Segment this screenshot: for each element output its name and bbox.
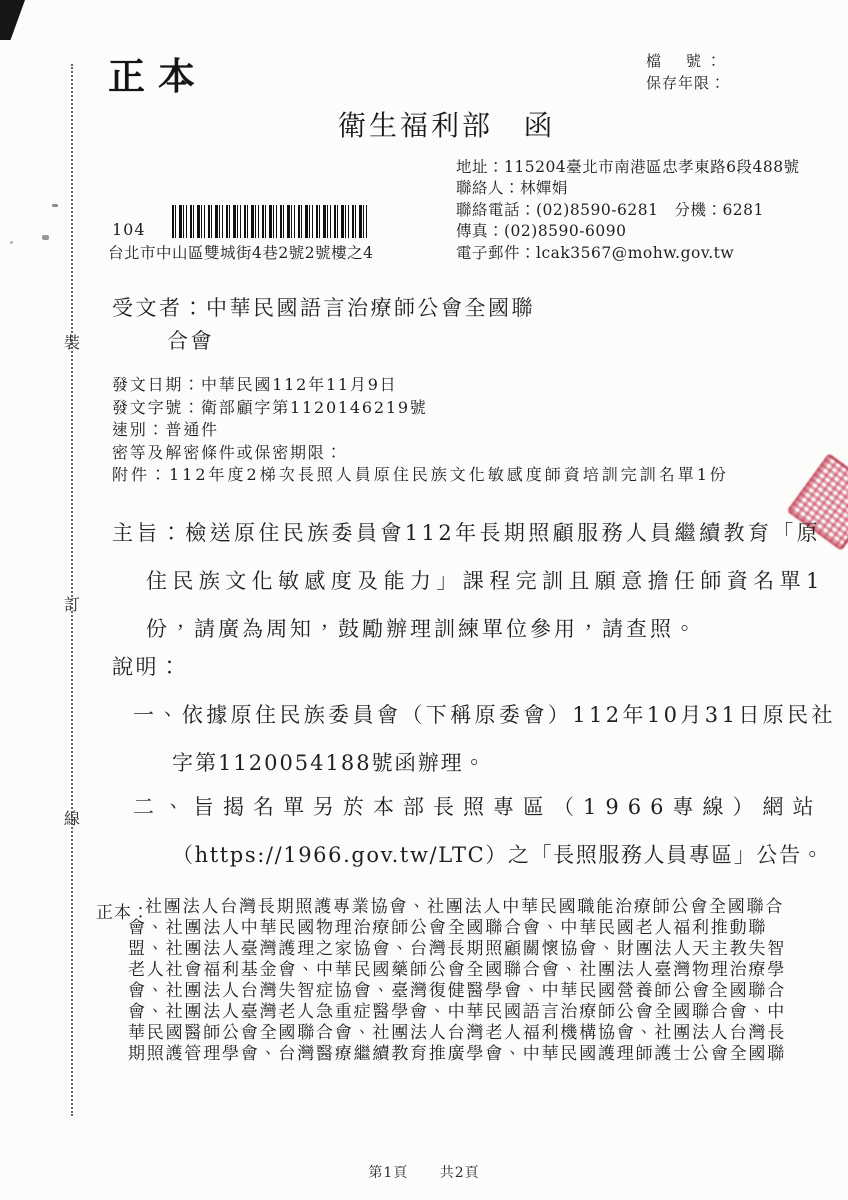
copy-type-label: 正本 xyxy=(108,46,208,100)
recipient-line-1: 受文者：中華民國語言治療師公會全國聯 xyxy=(112,292,535,322)
explanation-heading: 說明： xyxy=(112,651,183,681)
copies-line: 期照護管理學會、台灣醫療繼續教育推廣學會、中華民國護理師護士公會全國聯 xyxy=(128,1044,818,1065)
page-footer: 第1頁 共2頁 xyxy=(0,1162,848,1182)
issue-date: 發文日期：中華民國112年11月9日 xyxy=(112,374,729,397)
binding-guideline xyxy=(71,64,73,1116)
copies-line: 會、社團法人台灣失智症協會、臺灣復健醫學會、中華民國營養師公會全國聯合 xyxy=(128,981,818,1002)
ink-speck xyxy=(42,235,49,240)
explanation-item-1-line-2: 字第1120054188號函辦理。 xyxy=(172,747,487,777)
sender-phone: 聯絡電話：(02)8590-6281 分機：6281 xyxy=(456,200,800,221)
file-number-label: 檔 號： xyxy=(646,50,726,72)
binding-mark-xian: 線 xyxy=(56,806,88,829)
scanned-official-letter: 裝 訂 線 正本 檔 號： 保存年限： 衛生福利部 函 地址：115204臺北市… xyxy=(0,0,848,1200)
copies-line: 華民國醫師公會全國聯合會、社團法人台灣老人福利機構協會、社團法人台灣長 xyxy=(128,1023,818,1044)
mailing-barcode xyxy=(172,205,368,238)
subject-line-3: 份，請廣為周知，鼓勵辦理訓練單位參用，請查照。 xyxy=(146,613,698,643)
copies-line: 會、社團法人臺灣老人急重症醫學會、中華民國語言治療師公會全國聯合會、中 xyxy=(128,1002,818,1023)
copies-line: 社團法人台灣長期照護專業協會、社團法人中華民國職能治療師公會全國聯合 xyxy=(128,897,818,918)
retention-period-label: 保存年限： xyxy=(646,72,726,94)
security-classification: 密等及解密條件或保密期限： xyxy=(112,442,729,465)
explanation-item-2-line-2: （https://1966.gov.tw/LTC）之「長照服務人員專區」公告。 xyxy=(172,839,824,869)
footer-page-number: 第1頁 xyxy=(368,1165,408,1181)
postal-code: 104 xyxy=(112,220,146,239)
footer-total-pages: 共2頁 xyxy=(440,1165,480,1181)
sender-email: 電子郵件：lcak3567@mohw.gov.tw xyxy=(456,243,800,264)
ink-speck xyxy=(52,204,58,207)
mailing-address: 台北市中山區雙城街4巷2號2號樓之4 xyxy=(108,241,373,263)
sender-contact-block: 地址：115204臺北市南港區忠孝東路6段488號 聯絡人：林嬋娟 聯絡電話：(… xyxy=(456,157,800,264)
subject-line-1: 主旨：檢送原住民族委員會112年長期照顧服務人員繼續教育「原 xyxy=(112,517,821,547)
copies-line: 老人社會福利基金會、中華民國藥師公會全國聯合會、社團法人臺灣物理治療學 xyxy=(128,960,818,981)
document-title: 衛生福利部 函 xyxy=(338,104,555,144)
ink-speck xyxy=(10,241,13,244)
binding-mark-ding: 訂 xyxy=(56,592,88,615)
explanation-item-1-line-1: 一、依據原住民族委員會（下稱原委會）112年10月31日原民社 xyxy=(133,699,836,729)
binding-mark-zhuang: 裝 xyxy=(56,330,88,353)
copies-distribution-list: 社團法人台灣長期照護專業協會、社團法人中華民國職能治療師公會全國聯合 會、社團法… xyxy=(128,897,818,1065)
delivery-speed: 速別：普通件 xyxy=(112,419,729,442)
document-meta-block: 發文日期：中華民國112年11月9日 發文字號：衛部顧字第1120146219號… xyxy=(112,374,729,487)
scan-corner-artifact xyxy=(0,0,25,40)
explanation-item-2-line-1: 二、旨揭名單另於本部長照專區（1966專線）網站 xyxy=(133,791,822,821)
recipient-line-2: 合會 xyxy=(167,325,214,355)
file-number-block: 檔 號： 保存年限： xyxy=(646,50,726,94)
subject-line-2: 住民族文化敏感度及能力」課程完訓且願意擔任師資名單1 xyxy=(146,565,825,595)
sender-fax: 傳真：(02)8590-6090 xyxy=(456,221,800,242)
sender-address: 地址：115204臺北市南港區忠孝東路6段488號 xyxy=(456,157,800,178)
attachment-note: 附件：112年度2梯次長照人員原住民族文化敏感度師資培訓完訓名單1份 xyxy=(112,464,729,487)
copies-line: 盟、社團法人臺灣護理之家協會、台灣長期照顧關懷協會、財團法人天主教失智 xyxy=(128,939,818,960)
document-number: 發文字號：衛部顧字第1120146219號 xyxy=(112,397,729,420)
copies-line: 會、社團法人中華民國物理治療師公會全國聯合會、中華民國老人福利推動聯 xyxy=(128,918,818,939)
sender-contact-person: 聯絡人：林嬋娟 xyxy=(456,178,800,199)
